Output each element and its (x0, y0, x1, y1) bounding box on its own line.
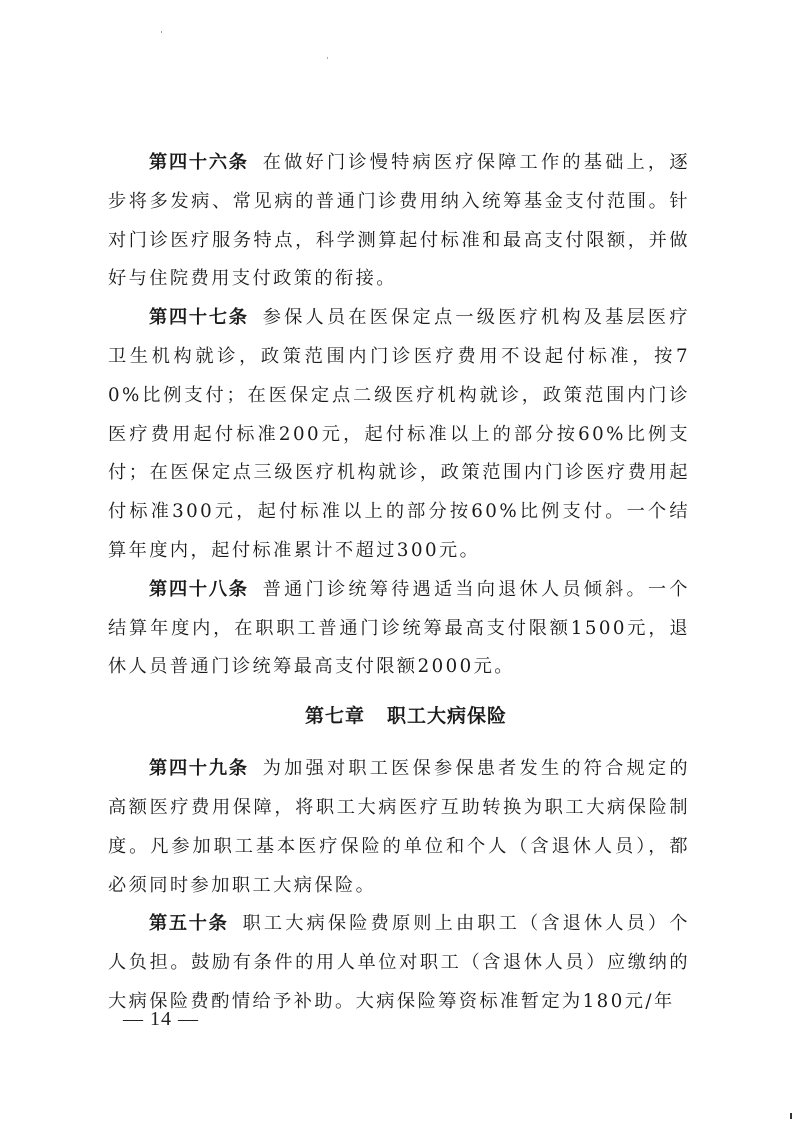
article-number: 第四十八条 (149, 579, 249, 600)
scan-speck (161, 31, 162, 33)
chapter-number: 第七章 (305, 705, 365, 727)
article-50: 第五十条职工大病保险费原则上由职工（含退休人员）个人负担。鼓励有条件的用人单位对… (108, 905, 690, 1021)
article-number: 第四十七条 (149, 307, 249, 328)
chapter-title: 职工大病保险 (387, 705, 507, 727)
article-number: 第四十六条 (149, 152, 249, 173)
article-48: 第四十八条普通门诊统筹待遇适当向退休人员倾斜。一个结算年度内，在职职工普通门诊统… (108, 571, 690, 687)
document-page: 第四十六条在做好门诊慢特病医疗保障工作的基础上，逐步将多发病、常见病的普通门诊费… (0, 0, 793, 1122)
article-text: 参保人员在医保定点一级医疗机构及基层医疗卫生机构就诊，政策范围内门诊医疗费用不设… (108, 307, 690, 561)
article-number: 第五十条 (149, 913, 229, 934)
scan-speck (327, 57, 328, 59)
article-number: 第四十九条 (149, 758, 249, 779)
article-49: 第四十九条为加强对职工医保参保患者发生的符合规定的高额医疗费用保障，将职工大病医… (108, 750, 690, 905)
article-46: 第四十六条在做好门诊慢特病医疗保障工作的基础上，逐步将多发病、常见病的普通门诊费… (108, 144, 690, 299)
article-47: 第四十七条参保人员在医保定点一级医疗机构及基层医疗卫生机构就诊，政策范围内门诊医… (108, 299, 690, 571)
page-number: — 14 — (123, 1008, 199, 1031)
scan-mark (790, 1113, 792, 1119)
chapter-heading: 第七章职工大病保险 (108, 690, 690, 742)
page-body: 第四十六条在做好门诊慢特病医疗保障工作的基础上，逐步将多发病、常见病的普通门诊费… (108, 144, 690, 1022)
